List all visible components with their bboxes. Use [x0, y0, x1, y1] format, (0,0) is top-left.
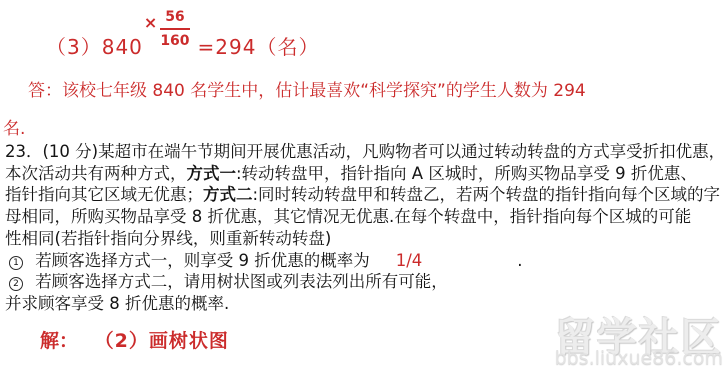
text-segment: .	[517, 251, 522, 270]
answer-statement: 答：该校七年级 840 名学生中，估计最喜欢“科学探究”的学生人数为 294 名…	[3, 72, 586, 148]
text-segment: 方式一	[187, 164, 237, 183]
document-page: （3）840 × 56 160 =294（名） 答：该校七年级 840 名学生中…	[0, 0, 725, 368]
solution-text: （2）画树状图	[95, 330, 229, 352]
problem-line: 性相同(若指针指向分界线，则重新转动转盘)	[5, 228, 723, 250]
probability-answer: 1/4	[396, 251, 423, 270]
multiply-sign: ×	[144, 13, 157, 32]
watermark-title: 留学社区	[555, 318, 723, 358]
answer-line-1: 答：该校七年级 840 名学生中，估计最喜欢“科学探究”的学生人数为 294	[3, 72, 586, 110]
watermark: 留学社区 bbs.liuxue86.com	[555, 318, 723, 368]
problem-line: 母相同，所购买物品享受 8 折优惠，其它情况无优惠.在每个转盘中，指针指向每个区…	[5, 206, 723, 228]
problem-paragraph: 23．(10 分)某超市在端午节期间开展优惠活动，凡购物者可以通过转动转盘的方式…	[5, 141, 723, 315]
text-segment: 若顾客选择方式二，请用树状图或列表法列出所有可能，	[30, 272, 448, 291]
text-segment: 并求顾客享受 8 折优惠的概率.	[5, 294, 229, 313]
problem-line: 指针指向其它区域无优惠；方式二:同时转动转盘甲和转盘乙，若两个转盘的指针指向每个…	[5, 184, 723, 206]
circled-number-1: 1	[9, 256, 23, 270]
problem-line: 2 若顾客选择方式二，请用树状图或列表法列出所有可能，	[5, 271, 723, 293]
problem-line: 本次活动共有两种方式，方式一:转动转盘甲，指针指向 A 区城时，所购买物品享受 …	[5, 163, 723, 185]
watermark-url: bbs.liuxue86.com	[555, 349, 723, 368]
fraction: 56 160	[160, 9, 189, 49]
text-segment: 方式二	[203, 185, 253, 204]
problem-line: 23．(10 分)某超市在端午节期间开展优惠活动，凡购物者可以通过转动转盘的方式…	[5, 141, 723, 163]
circled-number-2: 2	[9, 277, 23, 291]
fraction-numerator: 56	[162, 9, 187, 28]
problem-line: 并求顾客享受 8 折优惠的概率.	[5, 293, 723, 315]
text-segment: :转动转盘甲，指针指向 A 区城时，所购买物品享受 9 折优惠、	[236, 164, 697, 183]
text-segment: 指针指向其它区域无优惠；	[5, 185, 203, 204]
formula-result: =294（名）	[198, 31, 320, 60]
solution-prefix: 解：	[40, 330, 78, 352]
fraction-denominator: 160	[160, 30, 189, 49]
text-segment: 母相同，所购买物品享受 8 折优惠，其它情况无优惠.在每个转盘中，指针指向每个区…	[5, 207, 691, 226]
text-segment: 若顾客选择方式一，则享受 9 折优惠的概率为	[30, 251, 370, 270]
text-segment: 本次活动共有两种方式，	[5, 164, 187, 183]
formula-line: （3）840 × 56 160 =294（名）	[46, 9, 319, 60]
text-segment: 性相同(若指针指向分界线，则重新转动转盘)	[5, 229, 331, 248]
text-segment: 23．(10 分)某超市在端午节期间开展优惠活动，凡购物者可以通过转动转盘的方式…	[5, 142, 725, 161]
problem-line: 1 若顾客选择方式一，则享受 9 折优惠的概率为1/4.	[5, 250, 723, 272]
solution-heading: 解： （2）画树状图	[40, 326, 229, 353]
formula-prefix: （3）840	[46, 31, 143, 60]
text-segment: :同时转动转盘甲和转盘乙，若两个转盘的指针指向每个区域的字	[253, 185, 721, 204]
